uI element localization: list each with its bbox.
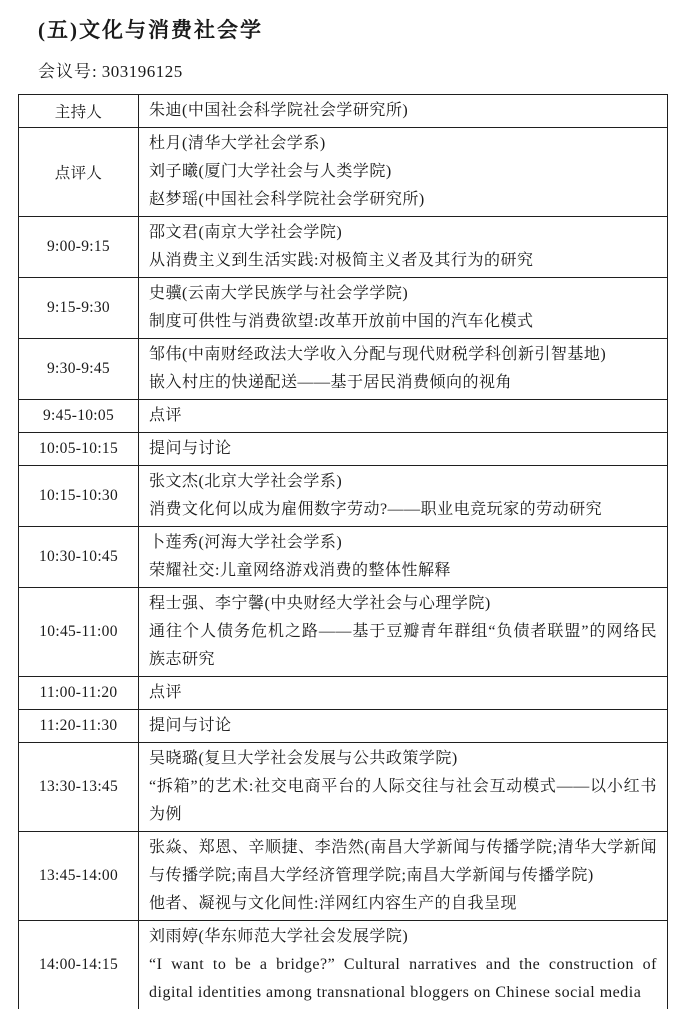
content-line: 点评 — [149, 402, 657, 430]
time-cell: 点评人 — [19, 128, 139, 216]
content-line: 从消费主义到生活实践:对极简主义者及其行为的研究 — [149, 247, 657, 275]
table-row: 9:45-10:05 点评 — [19, 400, 667, 433]
table-row: 11:00-11:20 点评 — [19, 677, 667, 710]
time-cell: 10:30-10:45 — [19, 527, 139, 587]
content-line: 制度可供性与消费欲望:改革开放前中国的汽车化模式 — [149, 308, 657, 336]
content-line: 程士强、李宁馨(中央财经大学社会与心理学院) — [149, 590, 657, 618]
table-row: 13:45-14:00 张焱、郑恩、辛顺捷、李浩然(南昌大学新闻与传播学院;清华… — [19, 832, 667, 921]
time-cell: 10:45-11:00 — [19, 588, 139, 676]
meeting-number-value: 303196125 — [102, 62, 183, 81]
table-row: 点评人 杜月(清华大学社会学系)刘子曦(厦门大学社会与人类学院)赵梦瑶(中国社会… — [19, 128, 667, 217]
meeting-number-label: 会议号: — [38, 62, 98, 81]
content-cell: 邵文君(南京大学社会学院)从消费主义到生活实践:对极简主义者及其行为的研究 — [139, 217, 667, 277]
content-line: 刘雨婷(华东师范大学社会发展学院) — [149, 923, 657, 951]
time-cell: 9:00-9:15 — [19, 217, 139, 277]
content-line: 邹伟(中南财经政法大学收入分配与现代财税学科创新引智基地) — [149, 341, 657, 369]
table-row: 10:30-10:45 卜莲秀(河海大学社会学系)荣耀社交:儿童网络游戏消费的整… — [19, 527, 667, 588]
content-line: 提问与讨论 — [149, 712, 657, 740]
content-cell: 吴晓璐(复旦大学社会发展与公共政策学院)“拆箱”的艺术:社交电商平台的人际交往与… — [139, 743, 667, 831]
content-line: 史骥(云南大学民族学与社会学学院) — [149, 280, 657, 308]
content-line: 荣耀社交:儿童网络游戏消费的整体性解释 — [149, 557, 657, 585]
content-cell: 卜莲秀(河海大学社会学系)荣耀社交:儿童网络游戏消费的整体性解释 — [139, 527, 667, 587]
content-line: 吴晓璐(复旦大学社会发展与公共政策学院) — [149, 745, 657, 773]
content-line: 赵梦瑶(中国社会科学院社会学研究所) — [149, 186, 657, 214]
meeting-number-line: 会议号:303196125 — [38, 60, 685, 84]
table-row: 14:00-14:15 刘雨婷(华东师范大学社会发展学院)“I want to … — [19, 921, 667, 1009]
content-cell: 程士强、李宁馨(中央财经大学社会与心理学院)通往个人债务危机之路——基于豆瓣青年… — [139, 588, 667, 676]
time-cell: 13:45-14:00 — [19, 832, 139, 920]
time-cell: 9:15-9:30 — [19, 278, 139, 338]
table-row: 9:30-9:45 邹伟(中南财经政法大学收入分配与现代财税学科创新引智基地)嵌… — [19, 339, 667, 400]
time-cell: 11:00-11:20 — [19, 677, 139, 709]
time-cell: 主持人 — [19, 95, 139, 127]
content-line: 张焱、郑恩、辛顺捷、李浩然(南昌大学新闻与传播学院;清华大学新闻与传播学院;南昌… — [149, 834, 657, 890]
content-cell: 朱迪(中国社会科学院社会学研究所) — [139, 95, 667, 127]
table-row: 11:20-11:30 提问与讨论 — [19, 710, 667, 743]
content-line: 提问与讨论 — [149, 435, 657, 463]
table-row: 10:45-11:00 程士强、李宁馨(中央财经大学社会与心理学院)通往个人债务… — [19, 588, 667, 677]
content-line: 朱迪(中国社会科学院社会学研究所) — [149, 97, 657, 125]
content-line: 消费文化何以成为雇佣数字劳动?——职业电竞玩家的劳动研究 — [149, 496, 657, 524]
content-line: 杜月(清华大学社会学系) — [149, 130, 657, 158]
table-row: 10:05-10:15 提问与讨论 — [19, 433, 667, 466]
content-cell: 张文杰(北京大学社会学系)消费文化何以成为雇佣数字劳动?——职业电竞玩家的劳动研… — [139, 466, 667, 526]
table-row: 9:15-9:30 史骥(云南大学民族学与社会学学院)制度可供性与消费欲望:改革… — [19, 278, 667, 339]
content-line: 他者、凝视与文化间性:洋网红内容生产的自我呈现 — [149, 890, 657, 918]
content-cell: 史骥(云南大学民族学与社会学学院)制度可供性与消费欲望:改革开放前中国的汽车化模… — [139, 278, 667, 338]
content-line: 通往个人债务危机之路——基于豆瓣青年群组“负债者联盟”的网络民族志研究 — [149, 618, 657, 674]
schedule-table: 主持人 朱迪(中国社会科学院社会学研究所) 点评人 杜月(清华大学社会学系)刘子… — [18, 94, 668, 1009]
table-row: 13:30-13:45 吴晓璐(复旦大学社会发展与公共政策学院)“拆箱”的艺术:… — [19, 743, 667, 832]
table-row: 9:00-9:15 邵文君(南京大学社会学院)从消费主义到生活实践:对极简主义者… — [19, 217, 667, 278]
document-page: (五)文化与消费社会学 会议号:303196125 主持人 朱迪(中国社会科学院… — [0, 0, 685, 1024]
time-cell: 9:30-9:45 — [19, 339, 139, 399]
content-line: 点评 — [149, 679, 657, 707]
content-line: 嵌入村庄的快递配送——基于居民消费倾向的视角 — [149, 369, 657, 397]
content-line: “拆箱”的艺术:社交电商平台的人际交往与社会互动模式——以小红书为例 — [149, 773, 657, 829]
time-cell: 11:20-11:30 — [19, 710, 139, 742]
content-line: “I want to be a bridge?” Cultural narrat… — [149, 951, 657, 1007]
table-row: 10:15-10:30 张文杰(北京大学社会学系)消费文化何以成为雇佣数字劳动?… — [19, 466, 667, 527]
time-cell: 14:00-14:15 — [19, 921, 139, 1009]
content-cell: 提问与讨论 — [139, 710, 667, 742]
content-cell: 点评 — [139, 677, 667, 709]
content-line: 卜莲秀(河海大学社会学系) — [149, 529, 657, 557]
content-cell: 刘雨婷(华东师范大学社会发展学院)“I want to be a bridge?… — [139, 921, 667, 1009]
page-title: (五)文化与消费社会学 — [38, 16, 685, 44]
time-cell: 9:45-10:05 — [19, 400, 139, 432]
time-cell: 10:05-10:15 — [19, 433, 139, 465]
content-line: 邵文君(南京大学社会学院) — [149, 219, 657, 247]
time-cell: 10:15-10:30 — [19, 466, 139, 526]
time-cell: 13:30-13:45 — [19, 743, 139, 831]
content-cell: 提问与讨论 — [139, 433, 667, 465]
content-cell: 邹伟(中南财经政法大学收入分配与现代财税学科创新引智基地)嵌入村庄的快递配送——… — [139, 339, 667, 399]
content-line: 刘子曦(厦门大学社会与人类学院) — [149, 158, 657, 186]
table-row: 主持人 朱迪(中国社会科学院社会学研究所) — [19, 95, 667, 128]
content-cell: 点评 — [139, 400, 667, 432]
content-line: 张文杰(北京大学社会学系) — [149, 468, 657, 496]
content-cell: 张焱、郑恩、辛顺捷、李浩然(南昌大学新闻与传播学院;清华大学新闻与传播学院;南昌… — [139, 832, 667, 920]
content-cell: 杜月(清华大学社会学系)刘子曦(厦门大学社会与人类学院)赵梦瑶(中国社会科学院社… — [139, 128, 667, 216]
